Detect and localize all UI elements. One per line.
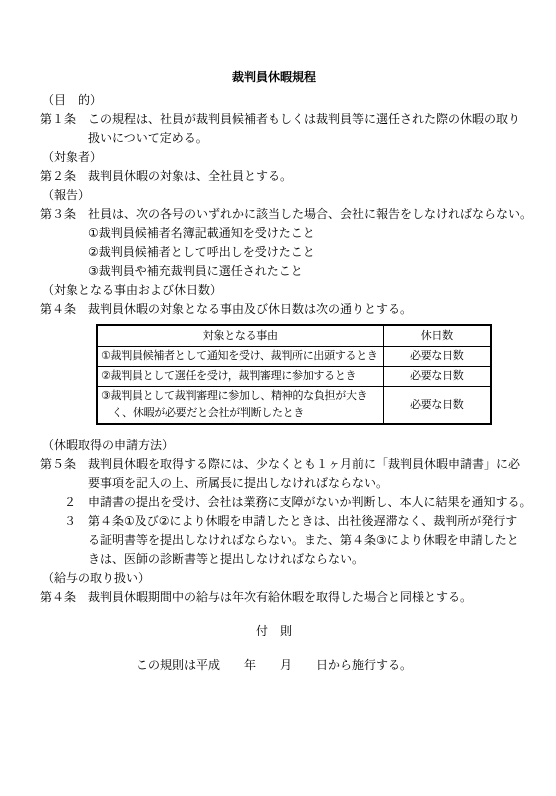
document-title: 裁判員休暇規程 — [40, 68, 508, 87]
table-row: ①裁判員候補者として通知を受け、裁判所に出頭するとき 必要な日数 — [97, 347, 491, 367]
report-item-2: ②裁判員候補者として呼出しを受けたこと — [88, 243, 548, 262]
article-1-number: 第１条 — [40, 110, 88, 129]
article-5-number: 第５条 — [40, 455, 88, 474]
section-heading-purpose: （目 的） — [42, 91, 548, 110]
section-heading-application: （休暇取得の申請方法） — [42, 436, 548, 455]
section-heading-subject: （対象者） — [42, 148, 548, 167]
paragraph-3-text: 第４条①及び②により休暇を申請したときは、出社後遅滞なく、裁判所が発行す る証明… — [88, 514, 519, 566]
table-header-row: 対象となる事由 休日数 — [97, 325, 491, 347]
cause-cell-3: ③裁判員として裁判審理に参加し、精神的な負担が大き く、休暇が必要だと会社が判断… — [97, 387, 383, 425]
table-header-cause: 対象となる事由 — [97, 325, 383, 347]
article-5-text: 裁判員休暇を取得する際には、少なくとも１ヶ月前に「裁判員休暇申請書」に必 要事項… — [88, 457, 520, 490]
article-2-number: 第２条 — [40, 167, 88, 186]
article-3-text: 社員は、次の各号のいずれかに該当した場合、会社に報告をしなければならない。 — [88, 207, 532, 221]
article-3: 第３条社員は、次の各号のいずれかに該当した場合、会社に報告をしなければならない。 — [40, 205, 548, 224]
leave-days-table: 対象となる事由 休日数 ①裁判員候補者として通知を受け、裁判所に出頭するとき 必… — [96, 324, 492, 425]
article-4-number: 第４条 — [40, 300, 88, 319]
article-2: 第２条裁判員休暇の対象は、全社員とする。 — [40, 167, 548, 186]
article-4: 第４条裁判員休暇の対象となる事由及び休日数は次の通りとする。 — [40, 300, 548, 319]
report-item-3: ③裁判員や補充裁判員に選任されたこと — [88, 262, 548, 281]
document-page: 裁判員休暇規程 （目 的） 第１条この規程は、社員が裁判員候補者もしくは裁判員等… — [0, 0, 556, 796]
section-heading-causes: （対象となる事由および休日数） — [42, 281, 548, 300]
article-salary-text: 裁判員休暇期間中の給与は年次有給休暇を取得した場合と同様とする。 — [88, 590, 472, 604]
appendix-effective-line: この規則は平成 年 月 日から施行する。 — [40, 656, 508, 675]
report-item-1: ①裁判員候補者名簿記載通知を受けたこと — [88, 224, 548, 243]
days-cell-3: 必要な日数 — [383, 387, 491, 425]
article-2-text: 裁判員休暇の対象は、全社員とする。 — [88, 169, 292, 183]
table-row: ②裁判員として選任を受け，裁判審理に参加するとき 必要な日数 — [97, 367, 491, 387]
paragraph-3-number: ３ — [64, 512, 88, 531]
article-4-text: 裁判員休暇の対象となる事由及び休日数は次の通りとする。 — [88, 302, 412, 316]
table-header-days: 休日数 — [383, 325, 491, 347]
table-row: ③裁判員として裁判審理に参加し、精神的な負担が大き く、休暇が必要だと会社が判断… — [97, 387, 491, 425]
article-salary-number: 第４条 — [40, 588, 88, 607]
cause-cell-2: ②裁判員として選任を受け，裁判審理に参加するとき — [97, 367, 383, 387]
days-cell-2: 必要な日数 — [383, 367, 491, 387]
section-heading-salary: （給与の取り扱い） — [42, 569, 548, 588]
article-5-paragraph-3: ３第４条①及び②により休暇を申請したときは、出社後遅滞なく、裁判所が発行す る証… — [40, 512, 548, 569]
paragraph-2-number: ２ — [64, 493, 88, 512]
article-salary: 第４条裁判員休暇期間中の給与は年次有給休暇を取得した場合と同様とする。 — [40, 588, 548, 607]
section-heading-report: （報告） — [42, 186, 548, 205]
article-1-text: この規程は、社員が裁判員候補者もしくは裁判員等に選任された際の休暇の取り 扱いに… — [88, 112, 520, 145]
appendix-title: 付 則 — [40, 622, 508, 641]
cause-cell-1: ①裁判員候補者として通知を受け、裁判所に出頭するとき — [97, 347, 383, 367]
paragraph-2-text: 申請書の提出を受け、会社は業務に支障がないか判断し、本人に結果を通知する。 — [88, 495, 532, 509]
article-5: 第５条裁判員休暇を取得する際には、少なくとも１ヶ月前に「裁判員休暇申請書」に必 … — [40, 455, 548, 493]
article-1: 第１条この規程は、社員が裁判員候補者もしくは裁判員等に選任された際の休暇の取り … — [40, 110, 548, 148]
days-cell-1: 必要な日数 — [383, 347, 491, 367]
article-5-paragraph-2: ２申請書の提出を受け、会社は業務に支障がないか判断し、本人に結果を通知する。 — [40, 493, 548, 512]
article-3-number: 第３条 — [40, 205, 88, 224]
